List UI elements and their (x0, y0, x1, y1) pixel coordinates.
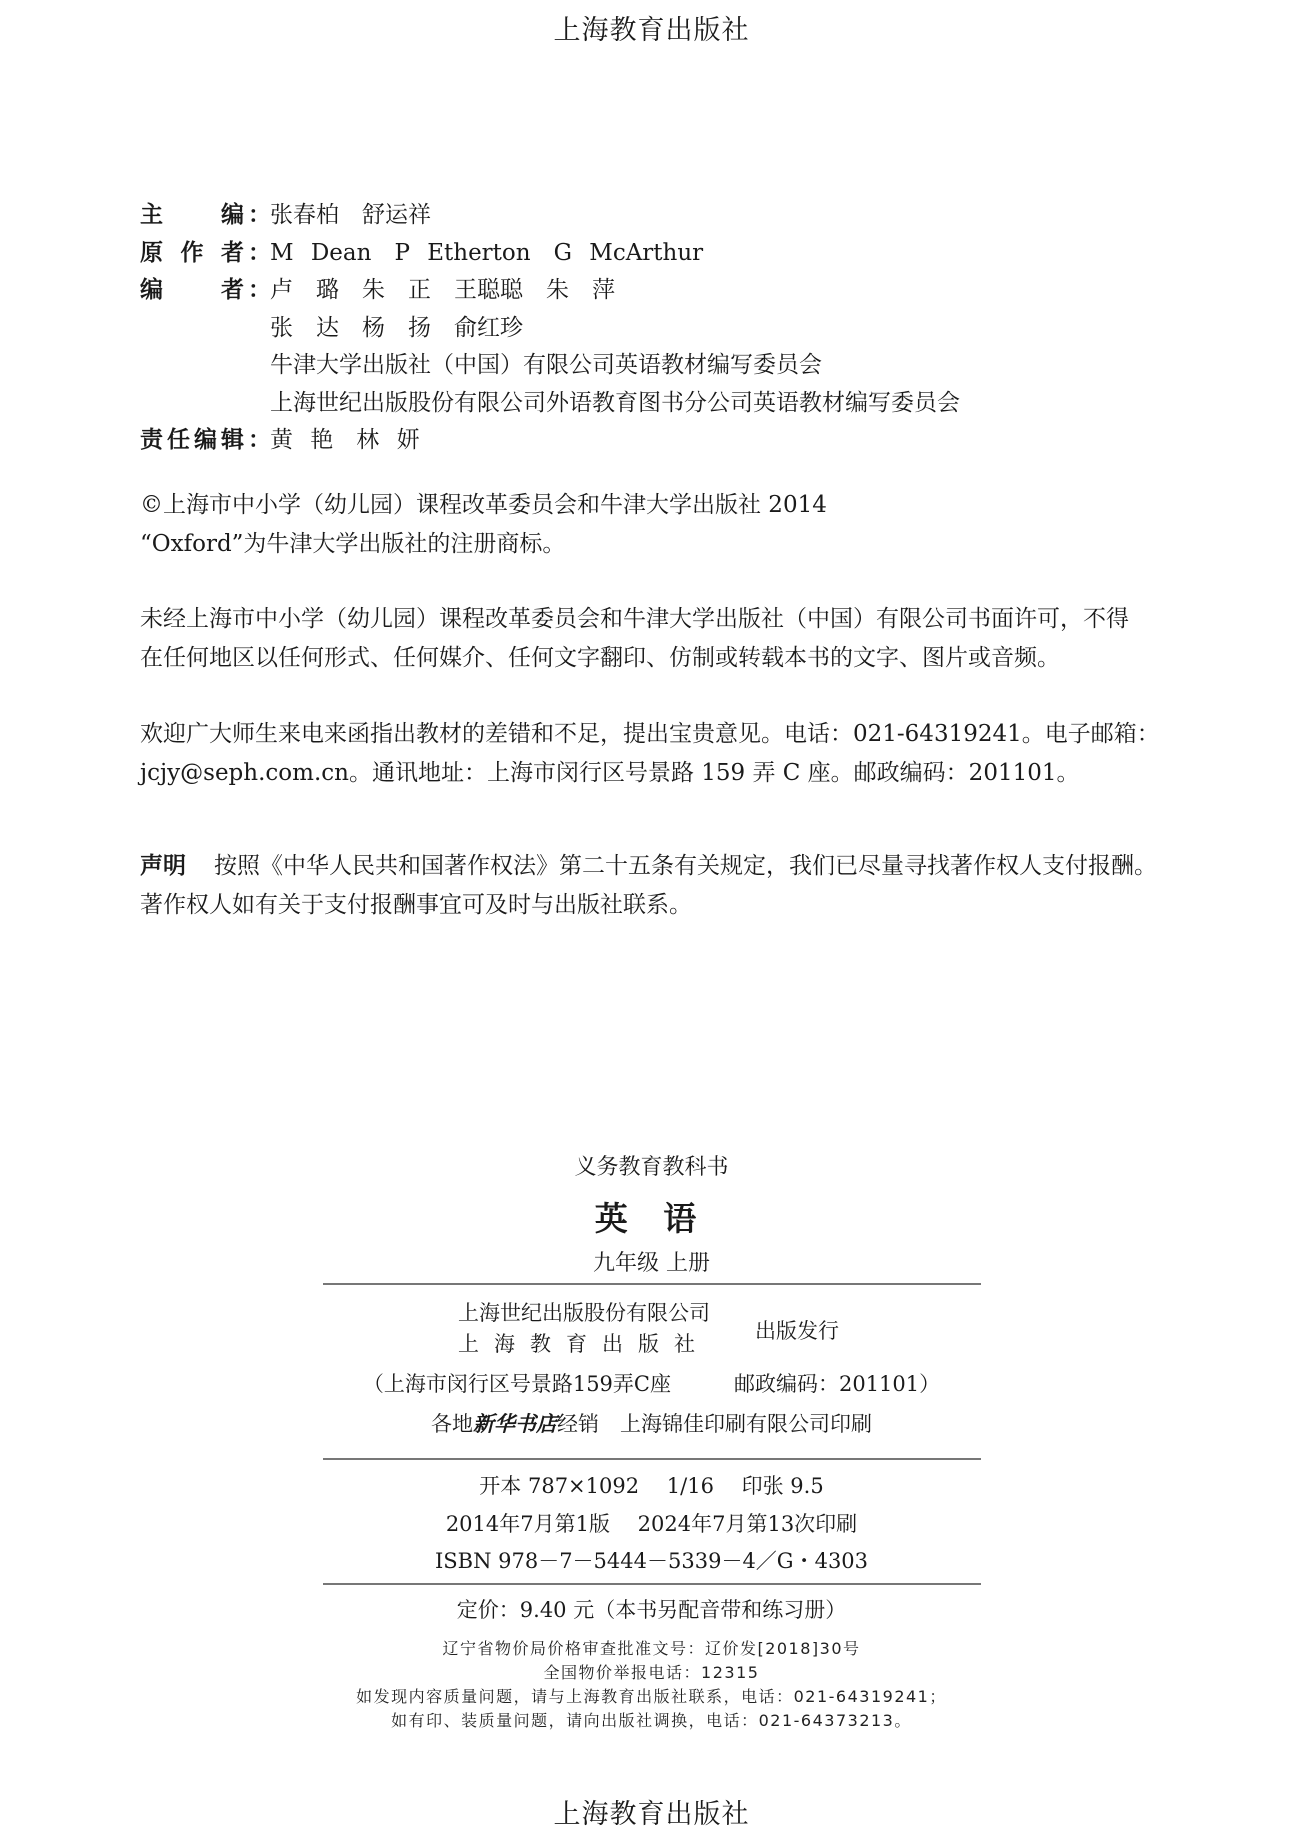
distribution-line: 各地新华书店经销 上海锦佳印刷有限公司印刷 (0, 1408, 1303, 1438)
statement-line-2: 著作权人如有关于支付报酬事宜可及时与出版社联系。 (140, 886, 1157, 925)
page-footer-publisher: 上海教育出版社 (0, 1792, 1303, 1831)
statement-line-1: 按照《中华人民共和国著作权法》第二十五条有关规定，我们已尽量寻找著作权人支付报酬… (214, 853, 1157, 879)
statement-label: 声明 (140, 853, 186, 879)
credit-label: 编者 (140, 271, 244, 309)
credit-value: 张 达 杨 扬 俞红珍 (270, 309, 523, 347)
credit-colon: ： (248, 271, 271, 309)
page-header-publisher: 上海教育出版社 (0, 8, 1303, 47)
publisher-1: 上海世纪出版股份有限公司 (458, 1298, 710, 1329)
publisher-2: 上海教育出版社 (458, 1329, 710, 1360)
xinhua-bookstore-logo: 新华书店 (473, 1411, 557, 1436)
rights-line-1: 未经上海市中小学（幼儿园）课程改革委员会和牛津大学出版社（中国）有限公司书面许可… (140, 600, 1129, 639)
credit-value: M Dean P Etherton G McArthur (270, 234, 703, 272)
quality-contact: 如发现内容质量问题，请与上海教育出版社联系，电话：021-64319241； (0, 1684, 1303, 1707)
grade-volume: 九年级 上册 (0, 1246, 1303, 1277)
divider (323, 1458, 981, 1460)
print-contact: 如有印、装质量问题，请向出版社调换，电话：021-64373213。 (0, 1708, 1303, 1731)
credit-label: 主编 (140, 196, 244, 234)
copyright-notice: ©上海市中小学（幼儿园）课程改革委员会和牛津大学出版社 2014 “Oxford… (140, 486, 827, 564)
credit-value: 上海世纪出版股份有限公司外语教育图书分公司英语教材编写委员会 (270, 384, 960, 422)
credit-label: 责任编辑 (140, 421, 244, 459)
feedback-line-2: jcjy@seph.com.cn。通讯地址：上海市闵行区号景路 159 弄 C … (140, 754, 1160, 793)
trademark-line: “Oxford”为牛津大学出版社的注册商标。 (140, 525, 827, 564)
price-hotline: 全国物价举报电话：12315 (0, 1660, 1303, 1683)
credit-colon: ： (248, 421, 271, 459)
publisher-role: 出版发行 (755, 1315, 839, 1345)
feedback-line-1: 欢迎广大师生来电来函指出教材的差错和不足，提出宝贵意见。电话：021-64319… (140, 715, 1160, 754)
publisher-names: 上海世纪出版股份有限公司 上海教育出版社 (458, 1298, 710, 1360)
credit-colon: ： (248, 234, 271, 272)
statement-notice: 声明按照《中华人民共和国著作权法》第二十五条有关规定，我们已尽量寻找著作权人支付… (140, 847, 1157, 925)
credit-label: 原作者 (140, 234, 244, 272)
rights-line-2: 在任何地区以任何形式、任何媒介、任何文字翻印、仿制或转载本书的文字、图片或音频。 (140, 639, 1129, 678)
isbn-line: ISBN 978－7－5444－5339－4／G・4303 (0, 1545, 1303, 1575)
rights-notice: 未经上海市中小学（幼儿园）课程改革委员会和牛津大学出版社（中国）有限公司书面许可… (140, 600, 1129, 678)
credit-value: 张春柏 舒运祥 (270, 196, 431, 234)
book-title: 英 语 (0, 1193, 1303, 1240)
series-name: 义务教育教科书 (0, 1150, 1303, 1181)
credit-value: 牛津大学出版社（中国）有限公司英语教材编写委员会 (270, 346, 822, 384)
credit-value: 黄 艳 林 妍 (270, 421, 420, 459)
edition-line: 2014年7月第1版 2024年7月第13次印刷 (0, 1508, 1303, 1538)
divider (323, 1583, 981, 1585)
credit-colon: ： (248, 196, 271, 234)
feedback-notice: 欢迎广大师生来电来函指出教材的差错和不足，提出宝贵意见。电话：021-64319… (140, 715, 1160, 793)
price-approval: 辽宁省物价局价格审查批准文号：辽价发[2018]30号 (0, 1636, 1303, 1659)
format-line: 开本 787×1092 1/16 印张 9.5 (0, 1470, 1303, 1500)
copyright-line-1: ©上海市中小学（幼儿园）课程改革委员会和牛津大学出版社 2014 (140, 486, 827, 525)
price-line: 定价：9.40 元（本书另配音带和练习册） (0, 1594, 1303, 1624)
publisher-address: （上海市闵行区号景路159弄C座 邮政编码：201101） (0, 1368, 1303, 1398)
divider (323, 1283, 981, 1285)
credit-value: 卢 璐 朱 正 王聪聪 朱 萍 (270, 271, 615, 309)
